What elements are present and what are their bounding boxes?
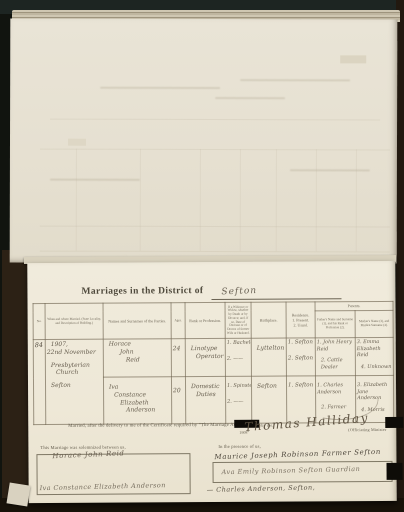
- bride-age-cell: 20: [171, 377, 185, 424]
- ghost-text-smudge: [240, 79, 350, 81]
- marriage-register-page: Marriages in the District of Sefton No. …: [27, 261, 396, 503]
- col-header-condition: If a Widower or Widow, whether by Death …: [225, 302, 251, 338]
- ghost-stamp: [340, 55, 366, 63]
- page-corner-patch: [6, 482, 30, 506]
- redaction-box-officiant: [385, 417, 403, 428]
- bride-condition-cell: 1. Spinster 2. ——: [225, 376, 251, 423]
- col-header-rank: Rank or Profession.: [185, 302, 225, 338]
- officiant-label: (Officiating Minister: [348, 427, 386, 432]
- bride-birthplace-cell: Sefton: [251, 376, 286, 423]
- ghost-rule: [50, 119, 380, 121]
- ghost-rule: [316, 149, 317, 251]
- ghost-stamp: [68, 139, 86, 146]
- ghost-text-smudge: [50, 179, 140, 181]
- groom-father-cell: 1. John Henry Reid 2. Cattle Dealer: [315, 338, 355, 376]
- ghost-rule: [40, 251, 390, 253]
- ghost-rule: [356, 149, 357, 251]
- ghost-rule: [276, 149, 277, 251]
- groom-birthplace-cell: Lyttelton: [251, 338, 286, 376]
- groom-condition-cell: 1. Bachelor 2. ——: [225, 338, 251, 376]
- when-where-cell: 1907, 22nd November Presbyterian Church …: [45, 339, 104, 424]
- residence-usual-label: 2. Usual.: [293, 322, 307, 327]
- district-underline: Sefton: [211, 280, 341, 300]
- col-header-names: Names and Surnames of the Parties.: [103, 303, 171, 339]
- ghost-text-smudge: [290, 169, 370, 171]
- book-cover-left-edge: [2, 250, 30, 510]
- ghost-rule: [40, 149, 390, 151]
- ghost-text-smudge: [215, 97, 285, 99]
- ghost-rule: [140, 149, 141, 251]
- col-header-ages: Ages.: [171, 303, 185, 339]
- groom-rank-cell: Linotype Operator: [185, 338, 225, 376]
- col-header-father: Father's Name and Surname (1), and his R…: [315, 310, 355, 338]
- witness-signature-1: Maurice Joseph Robinson Farmer Sefton: [214, 448, 381, 461]
- page-title: Marriages in the District of Sefton: [27, 279, 395, 300]
- blank-verso-page: [10, 18, 398, 263]
- entry-number: 84: [35, 341, 44, 349]
- col-header-residence: Residence. 1. Present. 2. Usual.: [286, 302, 315, 338]
- ghost-text-smudge: [100, 87, 220, 89]
- district-name: Sefton: [211, 286, 257, 298]
- col-header-no: No.: [33, 304, 45, 340]
- ghost-rule: [76, 149, 77, 251]
- title-print: Marriages in the District of: [81, 286, 203, 297]
- col-header-birthplace: Birthplace.: [251, 302, 286, 338]
- married-certificate-line: Married, after the delivery to me of the…: [68, 423, 239, 429]
- groom-name-cell: Horace John Reid: [103, 339, 171, 377]
- ghost-rule: [240, 149, 241, 251]
- redaction-box-witness: [386, 463, 402, 480]
- ghost-rule: [200, 149, 201, 251]
- groom-mother-cell: 3. Emma Elizabeth Reid 4. Unknown: [355, 337, 393, 375]
- presence-label: In the presence of us,: [218, 444, 260, 449]
- book-cover-right-edge: [396, 0, 404, 512]
- groom-age-cell: 24: [171, 339, 185, 377]
- bride-name-cell: Iva Constance Elizabeth Anderson: [103, 377, 171, 424]
- ghost-rule: [40, 226, 390, 228]
- entry-number-cell: 84: [33, 340, 46, 425]
- bride-rank-cell: Domestic Duties: [185, 376, 225, 423]
- groom-residence-cell: 1. Sefton 2. Sefton: [286, 338, 315, 376]
- witness-signature-3: — Charles Anderson, Sefton,: [207, 483, 316, 494]
- col-header-when-where: When and where Married. (State Locality,…: [45, 303, 103, 339]
- col-header-mother: Mother's Name (3), and Maiden Surname (4…: [355, 310, 393, 338]
